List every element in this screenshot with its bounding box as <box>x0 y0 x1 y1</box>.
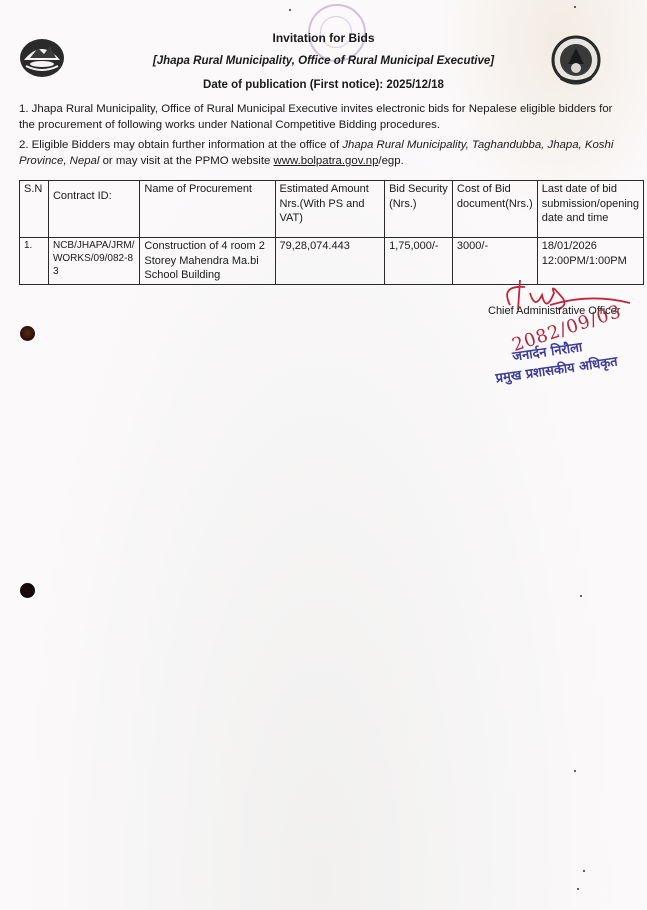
last-time-value: 12:00PM/1:00PM <box>542 254 639 269</box>
header-procurement-name: Name of Procurement <box>140 181 275 238</box>
header-sn: S.N <box>20 181 49 238</box>
paragraph-information: 2. Eligible Bidders may obtain further i… <box>19 137 629 169</box>
header-contract-id: Contract ID: <box>48 181 139 238</box>
page-title: Invitation for Bids <box>0 31 647 45</box>
speck <box>289 9 291 11</box>
table-header-row: S.N Contract ID: Name of Procurement Est… <box>20 181 644 238</box>
header-estimated-amount: Estimated Amount Nrs.(With PS and VAT) <box>275 181 385 238</box>
header-bid-security: Bid Security (Nrs.) <box>385 181 453 238</box>
speck <box>574 6 576 8</box>
punch-hole <box>20 583 35 598</box>
punch-hole <box>20 326 35 341</box>
speck <box>580 595 582 597</box>
speck <box>583 870 585 872</box>
cell-estimated-amount: 79,28,074.443 <box>275 238 385 285</box>
cell-bid-security: 1,75,000/- <box>385 238 453 285</box>
info-text-middle: or may visit at the PPMO website <box>99 155 273 167</box>
speck <box>577 888 579 890</box>
ppmo-website-link[interactable]: www.bolpatra.gov.np <box>274 155 379 167</box>
info-text-prefix: 2. Eligible Bidders may obtain further i… <box>19 139 342 151</box>
bid-table: S.N Contract ID: Name of Procurement Est… <box>19 180 644 285</box>
last-date-value: 18/01/2026 <box>542 239 639 254</box>
office-subtitle: [Jhapa Rural Municipality, Office of Rur… <box>0 55 647 67</box>
cell-contract-id: NCB/JHAPA/JRM/WORKS/09/082-83 <box>48 238 139 285</box>
speck <box>574 770 576 772</box>
paragraph-invitation: 1. Jhapa Rural Municipality, Office of R… <box>19 101 629 133</box>
cell-procurement-name: Construction of 4 room 2 Storey Mahendra… <box>140 238 275 285</box>
header-document-cost: Cost of Bid document(Nrs.) <box>452 181 537 238</box>
cell-sn: 1. <box>20 238 49 285</box>
publication-date: Date of publication (First notice): 2025… <box>0 79 647 91</box>
header-last-date: Last date of bid submission/opening date… <box>537 181 643 238</box>
info-text-suffix: /egp. <box>378 155 403 167</box>
